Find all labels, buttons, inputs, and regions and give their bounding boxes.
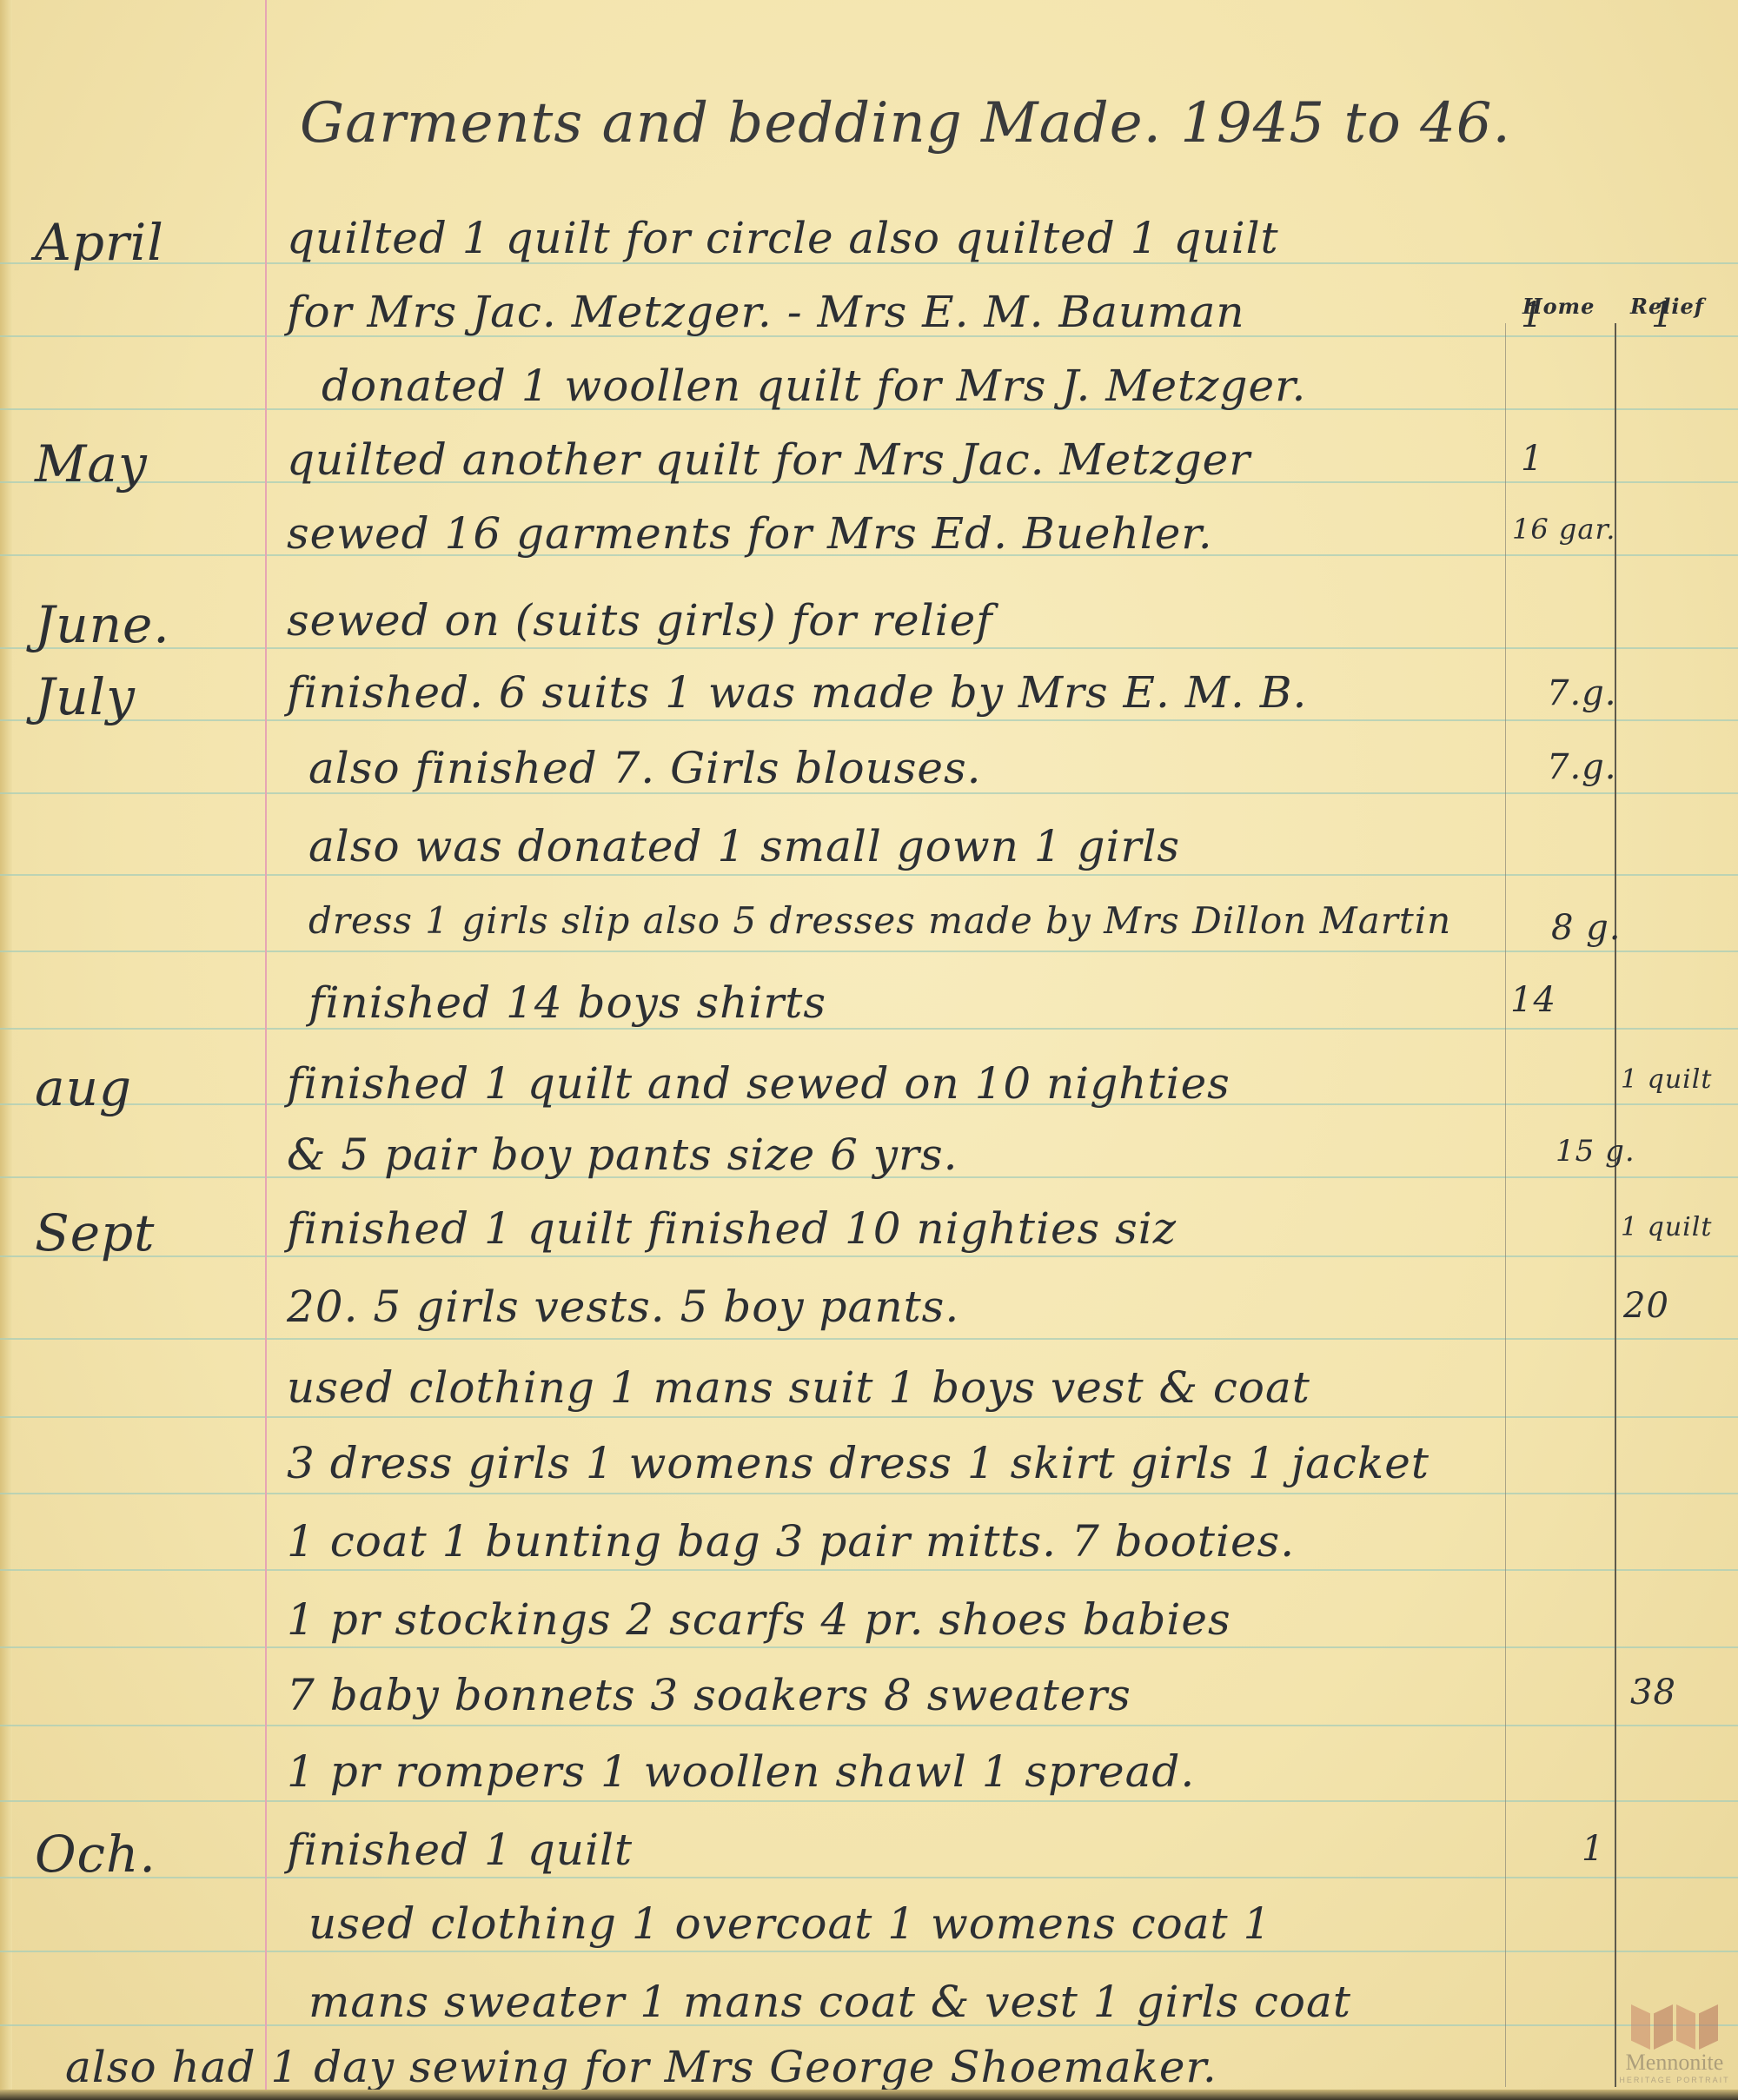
ruled-line (0, 1877, 1738, 1878)
home-amount: 1 (1521, 295, 1543, 335)
ruled-line (0, 951, 1738, 952)
home-amount: 1 (1582, 1829, 1604, 1869)
entry-line: finished. 6 suits 1 was made by Mrs E. M… (287, 667, 1307, 718)
month-label: April (35, 213, 164, 272)
entry-line: 1 pr stockings 2 scarfs 4 pr. shoes babi… (287, 1594, 1231, 1645)
ledger-page: Garments and bedding Made. 1945 to 46. H… (0, 0, 1738, 2100)
entry-line: finished 1 quilt finished 10 nighties si… (287, 1203, 1177, 1254)
home-amount: 1 (1521, 439, 1543, 479)
page-edge-bottom (0, 2090, 1738, 2100)
entry-line: 7 baby bonnets 3 soakers 8 sweaters (287, 1670, 1131, 1720)
ruled-line (0, 1725, 1738, 1726)
home-amount: 16 gar. (1512, 513, 1615, 546)
relief-amount: 1 quilt (1621, 1212, 1712, 1242)
watermark-subtitle: HERITAGE PORTRAIT (1618, 2076, 1731, 2084)
ruled-line (0, 1028, 1738, 1030)
mennonite-watermark: Mennonite HERITAGE PORTRAIT (1618, 2004, 1731, 2084)
month-label: aug (35, 1058, 132, 1117)
footer-entry-line: also had 1 day sewing for Mrs George Sho… (65, 2042, 1217, 2092)
month-label: May (35, 434, 148, 494)
entry-line: finished 14 boys shirts (308, 977, 826, 1028)
entry-line: 1 coat 1 bunting bag 3 pair mitts. 7 boo… (287, 1516, 1295, 1567)
entry-line: also finished 7. Girls blouses. (308, 743, 982, 793)
ruled-line (0, 1569, 1738, 1571)
relief-amount: 1 quilt (1621, 1064, 1712, 1095)
entry-line: donated 1 woollen quilt for Mrs J. Metzg… (322, 361, 1306, 411)
home-amount: 8 g. (1551, 908, 1621, 948)
ruled-line (0, 1493, 1738, 1494)
entry-line: 3 dress girls 1 womens dress 1 skirt gir… (287, 1438, 1430, 1488)
entry-line: finished 1 quilt (287, 1825, 633, 1875)
page-edge-left (0, 0, 12, 2100)
home-amount: 7.g. (1547, 673, 1616, 713)
ruled-line (0, 1800, 1738, 1802)
home-amount: 7.g. (1547, 747, 1616, 787)
entry-line: used clothing 1 overcoat 1 womens coat 1 (308, 1898, 1271, 1949)
ruled-line (0, 647, 1738, 649)
watermark-name: Mennonite (1618, 2050, 1731, 2076)
entry-line: sewed on (suits girls) for relief (287, 595, 993, 646)
month-label: July (35, 667, 136, 726)
entry-line: for Mrs Jac. Metzger. - Mrs E. M. Bauman (287, 287, 1245, 337)
entry-line: used clothing 1 mans suit 1 boys vest & … (287, 1362, 1310, 1413)
month-label: June. (35, 595, 170, 654)
home-column-rule (1505, 323, 1506, 2087)
entry-line: & 5 pair boy pants size 6 yrs. (287, 1129, 959, 1180)
entry-line: finished 1 quilt and sewed on 10 nightie… (287, 1058, 1231, 1109)
ruled-line (0, 1951, 1738, 1952)
ruled-line (0, 719, 1738, 721)
month-label: Och. (35, 1825, 156, 1884)
entry-line: 20. 5 girls vests. 5 boy pants. (287, 1282, 959, 1332)
ruled-line (0, 1338, 1738, 1340)
relief-amount: 38 (1630, 1673, 1676, 1712)
entry-line: dress 1 girls slip also 5 dresses made b… (308, 899, 1451, 942)
relief-amount: 20 (1623, 1286, 1669, 1326)
entry-line: quilted 1 quilt for circle also quilted … (287, 213, 1279, 263)
month-label: Sept (35, 1203, 156, 1262)
home-amount: 14 (1510, 980, 1556, 1020)
home-amount: 15 g. (1556, 1134, 1635, 1169)
entry-line: mans sweater 1 mans coat & vest 1 girls … (308, 1977, 1351, 2027)
entry-line: quilted another quilt for Mrs Jac. Metzg… (287, 434, 1250, 485)
ruled-line (0, 1646, 1738, 1648)
relief-column-rule (1615, 323, 1616, 2087)
entry-line: sewed 16 garments for Mrs Ed. Buehler. (287, 508, 1213, 559)
entry-line: also was donated 1 small gown 1 girls (308, 821, 1180, 871)
relief-amount: 1 (1651, 295, 1674, 335)
ruled-line (0, 874, 1738, 876)
ruled-line (0, 1416, 1738, 1418)
ruled-line (0, 1255, 1738, 1257)
heritage-logo-icon (1618, 2004, 1731, 2050)
margin-line (265, 0, 267, 2100)
page-title: Garments and bedding Made. 1945 to 46. (300, 91, 1511, 156)
entry-line: 1 pr rompers 1 woollen shawl 1 spread. (287, 1746, 1195, 1797)
